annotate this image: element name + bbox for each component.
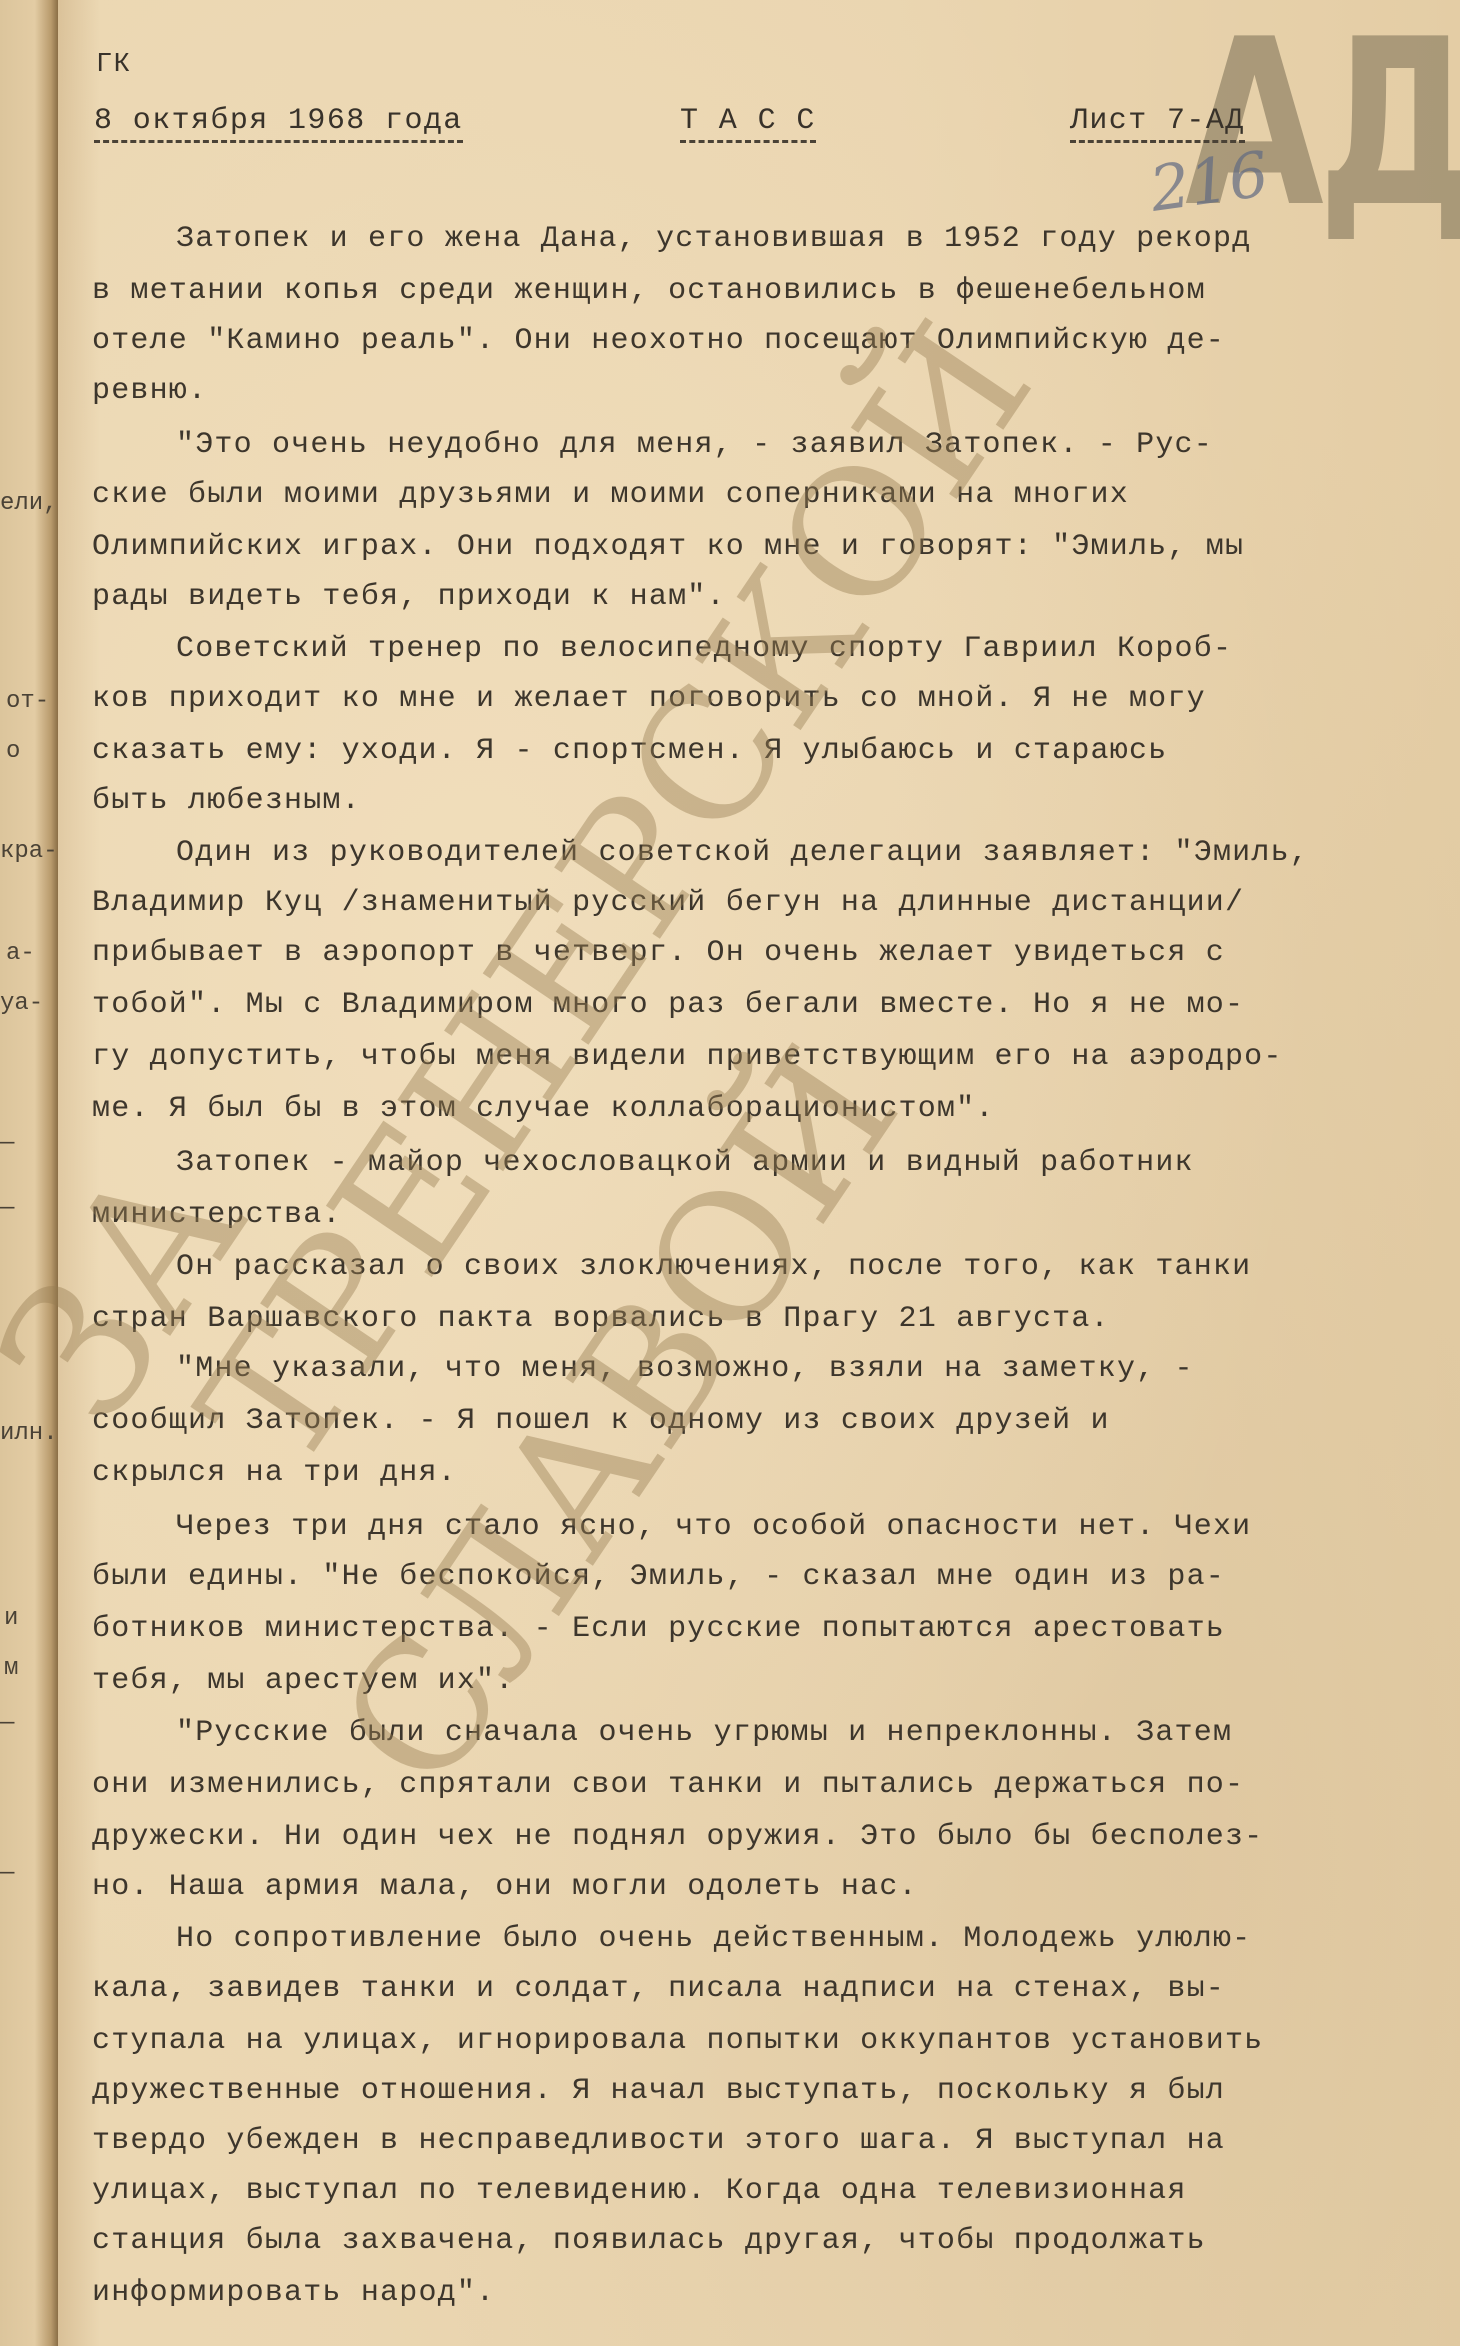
text-line: дружески. Ни один чех не поднял оружия. … [92, 1820, 1263, 1854]
margin-fragment: о [6, 738, 20, 765]
document-date: 8 октября 1968 года [94, 104, 463, 143]
text-line: рады видеть тебя, приходи к нам". [92, 580, 726, 614]
margin-fragment: илн. [0, 1420, 58, 1447]
margin-fragment: — [0, 1130, 14, 1157]
text-line: отеле "Камино реаль". Они неохотно посещ… [92, 324, 1225, 358]
adjacent-page-edge: ели, от- о кра- а- уа- — — илн. и м — — [0, 0, 58, 2346]
margin-fragment: и [4, 1605, 18, 1632]
margin-fragment: — [0, 1710, 14, 1737]
text-line: "Это очень неудобно для меня, - заявил З… [176, 428, 1213, 462]
document-code: ГК [96, 50, 131, 80]
text-line: они изменились, спрятали свои танки и пы… [92, 1768, 1244, 1802]
margin-fragment: ели, [0, 490, 58, 517]
text-line: кала, завидев танки и солдат, писала над… [92, 1972, 1225, 2006]
text-line: Но сопротивление было очень действенным.… [176, 1922, 1251, 1956]
sheet-number: Лист 7-АД [1070, 104, 1245, 143]
text-line: ботников министерства. - Если русские по… [92, 1612, 1225, 1646]
text-line: гу допустить, чтобы меня видели приветст… [92, 1040, 1283, 1074]
text-line: были едины. "Не беспокойся, Эмиль, - ска… [92, 1560, 1225, 1594]
text-line: ревню. [92, 374, 207, 408]
text-line: станция была захвачена, появилась другая… [92, 2224, 1206, 2258]
text-line: твердо убежден в несправедливости этого … [92, 2124, 1225, 2158]
text-line: Затопек и его жена Дана, установившая в … [176, 222, 1251, 256]
margin-fragment: — [0, 1195, 14, 1222]
margin-fragment: уа- [0, 990, 43, 1017]
text-line: ступала на улицах, игнорировала попытки … [92, 2024, 1263, 2058]
margin-fragment: м [4, 1655, 18, 1682]
text-line: информировать народ". [92, 2276, 495, 2310]
text-line: но. Наша армия мала, они могли одолеть н… [92, 1870, 918, 1904]
margin-fragment: кра- [0, 838, 58, 865]
text-line: быть любезным. [92, 784, 361, 818]
agency-name: Т А С С [680, 104, 816, 143]
text-line: улицах, выступал по телевидению. Когда о… [92, 2174, 1187, 2208]
margin-fragment: от- [6, 688, 49, 715]
text-line: Через три дня стало ясно, что особой опа… [176, 1510, 1251, 1544]
text-line: в метании копья среди женщин, остановили… [92, 274, 1206, 308]
margin-fragment: а- [6, 940, 35, 967]
margin-fragment: — [0, 1860, 14, 1887]
text-line: Олимпийских играх. Они подходят ко мне и… [92, 530, 1244, 564]
text-line: дружественные отношения. Я начал выступа… [92, 2074, 1225, 2108]
